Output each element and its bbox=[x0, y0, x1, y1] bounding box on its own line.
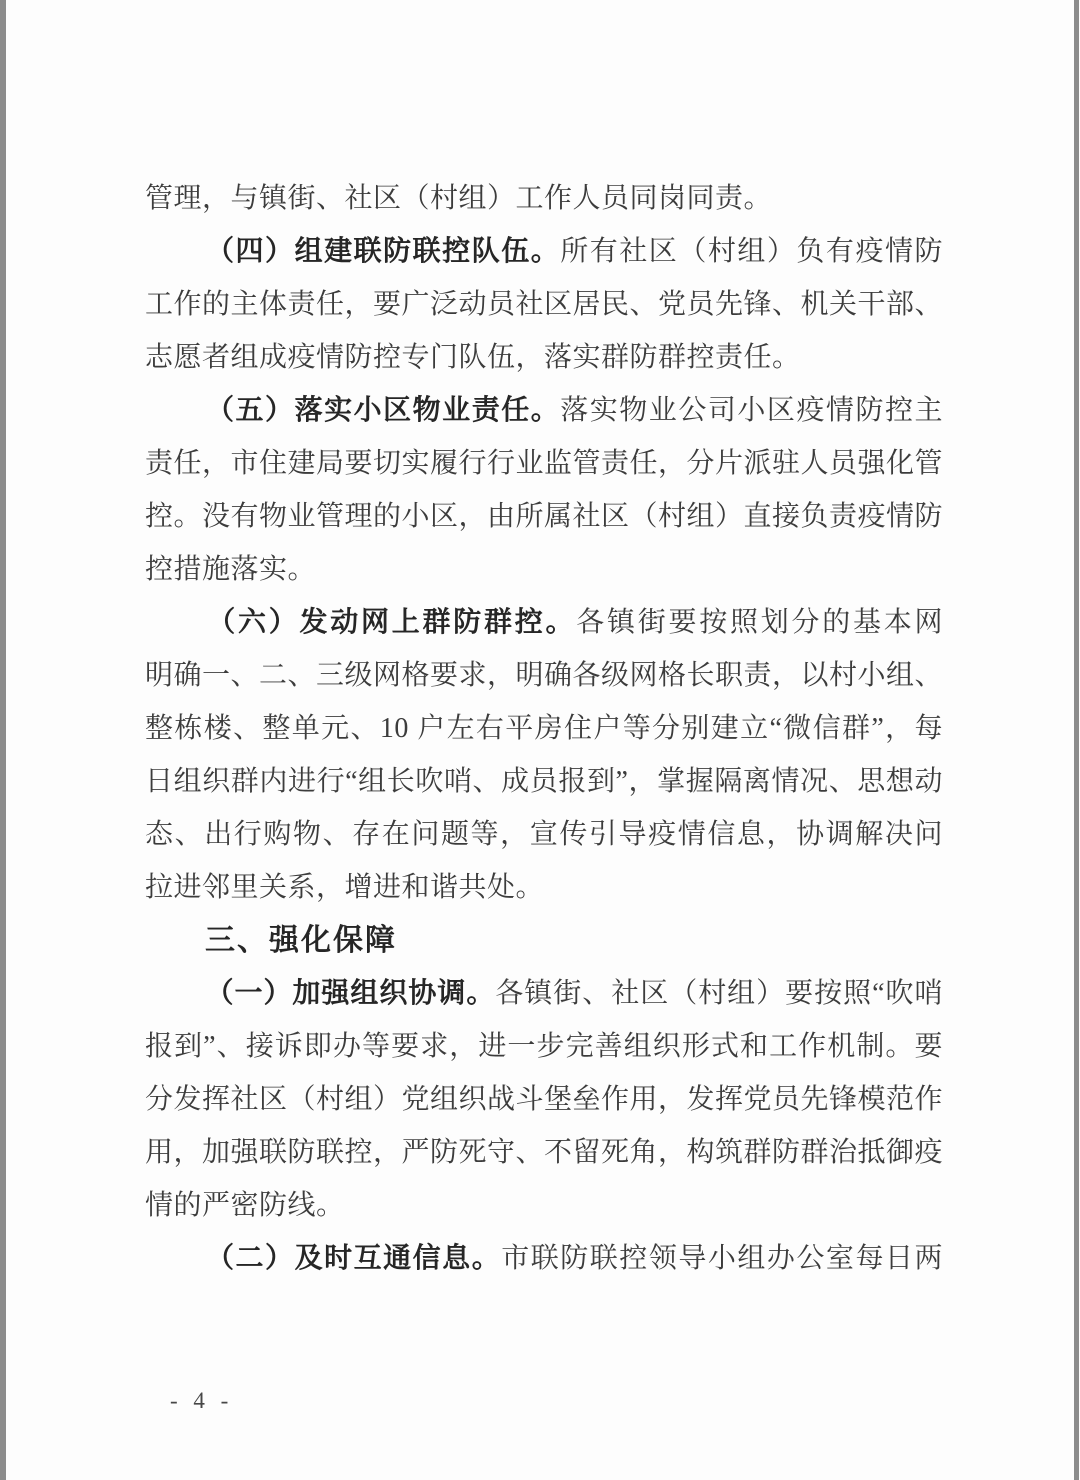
line-text: 工作的主体责任，要广泛动员社区居民、党员先锋、机关干部、 bbox=[145, 289, 943, 320]
text-line: 情的严密防线。 bbox=[145, 1179, 943, 1232]
text-line: 志愿者组成疫情防控专门队伍，落实群防群控责任。 bbox=[145, 331, 943, 384]
paragraph-lead: （二）及时互通信息。 bbox=[205, 1243, 501, 1274]
text-line: 三、强化保障 bbox=[145, 914, 943, 967]
paragraph: （五）落实小区物业责任。落实物业公司小区疫情防控主体责任，市住建局要切实履行行业… bbox=[145, 384, 943, 596]
left-page-edge bbox=[0, 0, 6, 1480]
paragraph: （四）组建联防联控队伍。所有社区（村组）负有疫情防控工作的主体责任，要广泛动员社… bbox=[145, 225, 943, 384]
paragraph: （六）发动网上群防群控。各镇街要按照划分的基本网格，明确一、二、三级网格要求，明… bbox=[145, 596, 943, 914]
text-line: 控措施落实。 bbox=[145, 543, 943, 596]
line-text: 管理，与镇街、社区（村组）工作人员同岗同责。 bbox=[145, 183, 772, 214]
text-line: 工作的主体责任，要广泛动员社区居民、党员先锋、机关干部、 bbox=[145, 278, 943, 331]
text-line: （六）发动网上群防群控。各镇街要按照划分的基本网格， bbox=[145, 596, 943, 649]
text-line: 控。没有物业管理的小区，由所属社区（村组）直接负责疫情防 bbox=[145, 490, 943, 543]
text-line: 报到”、接诉即办等要求，进一步完善组织形式和工作机制。要充 bbox=[145, 1020, 943, 1073]
text-line: 态、出行购物、存在问题等，宣传引导疫情信息，协调解决问题， bbox=[145, 808, 943, 861]
paragraph-lead: （六）发动网上群防群控。 bbox=[205, 607, 576, 638]
line-text: 控。没有物业管理的小区，由所属社区（村组）直接负责疫情防 bbox=[145, 501, 943, 532]
text-line: （四）组建联防联控队伍。所有社区（村组）负有疫情防控 bbox=[145, 225, 943, 278]
text-line: （一）加强组织协调。各镇街、社区（村组）要按照“吹哨 bbox=[145, 967, 943, 1020]
paragraph-lead: （一）加强组织协调。 bbox=[205, 978, 495, 1009]
text-line: 明确一、二、三级网格要求，明确各级网格长职责，以村小组、 bbox=[145, 649, 943, 702]
line-text: 情的严密防线。 bbox=[145, 1190, 345, 1221]
document-page: 管理，与镇街、社区（村组）工作人员同岗同责。（四）组建联防联控队伍。所有社区（村… bbox=[0, 0, 1080, 1480]
line-text: 用，加强联防联控，严防死守、不留死角，构筑群防群治抵御疫 bbox=[145, 1137, 943, 1168]
line-text: 志愿者组成疫情防控专门队伍，落实群防群控责任。 bbox=[145, 342, 801, 373]
line-text: 整栋楼、整单元、10 户左右平房住户等分别建立“微信群”，每 bbox=[145, 713, 943, 744]
line-text: 拉进邻里关系，增进和谐共处。 bbox=[145, 872, 544, 903]
text-line: 管理，与镇街、社区（村组）工作人员同岗同责。 bbox=[145, 172, 943, 225]
line-text: 明确一、二、三级网格要求，明确各级网格长职责，以村小组、 bbox=[145, 660, 943, 691]
right-page-edge bbox=[1074, 0, 1079, 1480]
text-line: 分发挥社区（村组）党组织战斗堡垒作用，发挥党员先锋模范作 bbox=[145, 1073, 943, 1126]
text-line: （二）及时互通信息。市联防联控领导小组办公室每日两次 bbox=[145, 1232, 943, 1285]
line-text: 态、出行购物、存在问题等，宣传引导疫情信息，协调解决问题， bbox=[145, 819, 943, 861]
text-line: 责任，市住建局要切实履行行业监管责任，分片派驻人员强化管 bbox=[145, 437, 943, 490]
paragraph: （一）加强组织协调。各镇街、社区（村组）要按照“吹哨报到”、接诉即办等要求，进一… bbox=[145, 967, 943, 1232]
paragraph: （二）及时互通信息。市联防联控领导小组办公室每日两次 bbox=[145, 1232, 943, 1285]
line-text: 各镇街、社区（村组）要按照“吹哨 bbox=[495, 978, 943, 1009]
document-body: 管理，与镇街、社区（村组）工作人员同岗同责。（四）组建联防联控队伍。所有社区（村… bbox=[145, 172, 943, 1285]
text-line: 拉进邻里关系，增进和谐共处。 bbox=[145, 861, 943, 914]
text-line: 日组织群内进行“组长吹哨、成员报到”，掌握隔离情况、思想动 bbox=[145, 755, 943, 808]
line-text: 分发挥社区（村组）党组织战斗堡垒作用，发挥党员先锋模范作 bbox=[145, 1084, 943, 1115]
line-text: 控措施落实。 bbox=[145, 554, 316, 585]
text-line: （五）落实小区物业责任。落实物业公司小区疫情防控主体 bbox=[145, 384, 943, 437]
line-text: 责任，市住建局要切实履行行业监管责任，分片派驻人员强化管 bbox=[145, 448, 943, 479]
section-heading: 三、强化保障 bbox=[145, 914, 943, 967]
line-text: 日组织群内进行“组长吹哨、成员报到”，掌握隔离情况、思想动 bbox=[145, 766, 943, 797]
text-line: 整栋楼、整单元、10 户左右平房住户等分别建立“微信群”，每 bbox=[145, 702, 943, 755]
paragraph-lead: （五）落实小区物业责任。 bbox=[205, 395, 560, 426]
text-line: 用，加强联防联控，严防死守、不留死角，构筑群防群治抵御疫 bbox=[145, 1126, 943, 1179]
paragraph: 管理，与镇街、社区（村组）工作人员同岗同责。 bbox=[145, 172, 943, 225]
line-text: 三、强化保障 bbox=[205, 924, 397, 957]
page-number: - 4 - bbox=[170, 1388, 233, 1414]
line-text: 报到”、接诉即办等要求，进一步完善组织形式和工作机制。要充 bbox=[145, 1031, 943, 1073]
paragraph-lead: （四）组建联防联控队伍。 bbox=[205, 236, 560, 267]
